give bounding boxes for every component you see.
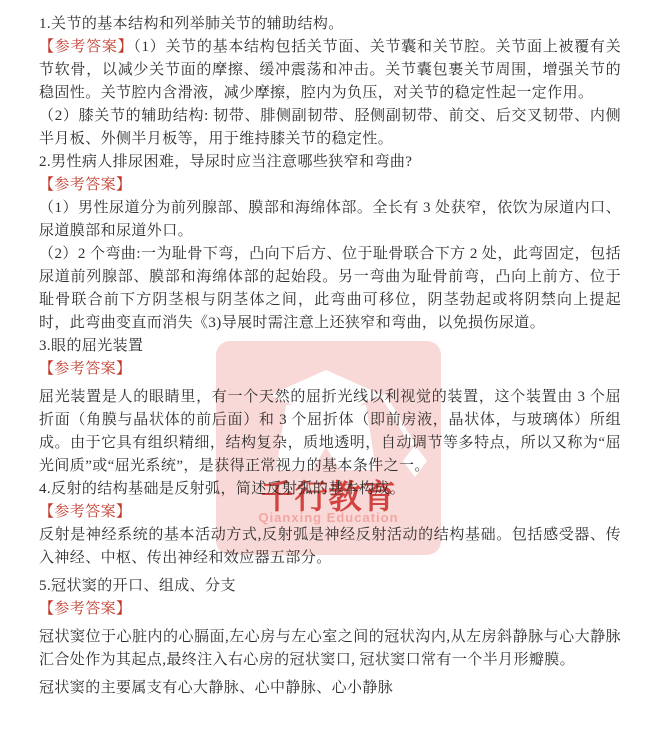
document-body: 1.关节的基本结构和列举肺关节的辅助结构。【参考答案】（1）关节的基本结构包括关… <box>0 0 658 700</box>
text-run: （2）膝关节的辅助结构: 韧带、腓侧副韧带、胫侧副韧带、前交、后交叉韧带、内侧半… <box>39 108 621 147</box>
answer-label: 【参考答案】 <box>39 177 131 193</box>
text-run: 3.眼的屈光装置 <box>39 338 143 354</box>
text-run: 屈光装置是人的眼睛里，有一个天然的屈折光线以利视觉的装置，这个装置由 3 个屈折… <box>39 389 621 474</box>
question-text: 5.冠状窦的开口、组成、分支 <box>39 575 621 598</box>
answer-label: 【参考答案】 <box>39 361 131 377</box>
answer-paragraph: 冠状窦的主要属支有心大静脉、心中静脉、心小静脉 <box>39 677 621 700</box>
answer-paragraph: 屈光装置是人的眼睛里，有一个天然的屈折光线以利视觉的装置，这个装置由 3 个屈折… <box>39 386 621 478</box>
question-text: 3.眼的屈光装置 <box>39 335 621 358</box>
answer-label-line: 【参考答案】 <box>39 174 621 197</box>
text-run: （2）2 个弯曲:一为耻骨下弯，凸向下后方、位于耻骨联合下方 2 处，此弯固定，… <box>39 246 621 331</box>
answer-paragraph: 冠状窦位于心脏内的心膈面,左心房与左心室之间的冠状沟内,从左房斜静脉与心大静脉汇… <box>39 626 621 672</box>
answer-label-line: 【参考答案】 <box>39 598 621 621</box>
text-run: 1.关节的基本结构和列举肺关节的辅助结构。 <box>39 16 344 32</box>
answer-label-line: 【参考答案】 <box>39 501 621 524</box>
text-run: 反射是神经系统的基本活动方式,反射弧是神经反射活动的结构基础。包括感受器、传入神… <box>39 527 621 566</box>
answer-label-line: 【参考答案】 <box>39 358 621 381</box>
answer-label: 【参考答案】 <box>39 601 131 617</box>
answer-label: 【参考答案】 <box>39 504 131 520</box>
question-text: 1.关节的基本结构和列举肺关节的辅助结构。 <box>39 13 621 36</box>
question-text: 2.男性病人排尿困难，导尿时应当注意哪些狭窄和弯曲? <box>39 151 621 174</box>
text-run: 冠状窦的主要属支有心大静脉、心中静脉、心小静脉 <box>39 680 393 696</box>
answer-paragraph: 【参考答案】（1）关节的基本结构包括关节面、关节囊和关节腔。关节面上被覆有关节软… <box>39 36 621 105</box>
question-text: 4.反射的结构基础是反射弧，简述反射弧的基本构成。 <box>39 478 621 501</box>
answer-paragraph: （2）膝关节的辅助结构: 韧带、腓侧副韧带、胫侧副韧带、前交、后交叉韧带、内侧半… <box>39 105 621 151</box>
answer-paragraph: （1）男性尿道分为前列腺部、膜部和海绵体部。全长有 3 处获窄，依饮为尿道内口、… <box>39 197 621 243</box>
text-run: 冠状窦位于心脏内的心膈面,左心房与左心室之间的冠状沟内,从左房斜静脉与心大静脉汇… <box>39 629 621 668</box>
answer-paragraph: 反射是神经系统的基本活动方式,反射弧是神经反射活动的结构基础。包括感受器、传入神… <box>39 524 621 570</box>
text-run: （1）男性尿道分为前列腺部、膜部和海绵体部。全长有 3 处获窄，依饮为尿道内口、… <box>39 200 621 239</box>
text-run: 5.冠状窦的开口、组成、分支 <box>39 578 236 594</box>
answer-paragraph: （2）2 个弯曲:一为耻骨下弯，凸向下后方、位于耻骨联合下方 2 处，此弯固定，… <box>39 243 621 335</box>
text-run: 2.男性病人排尿困难，导尿时应当注意哪些狭窄和弯曲? <box>39 154 412 170</box>
answer-label: 【参考答案】 <box>39 39 133 55</box>
exam-answers-page: { "page": { "background": "#ffffff", "te… <box>0 0 658 747</box>
text-run: 4.反射的结构基础是反射弧，简述反射弧的基本构成。 <box>39 481 405 497</box>
